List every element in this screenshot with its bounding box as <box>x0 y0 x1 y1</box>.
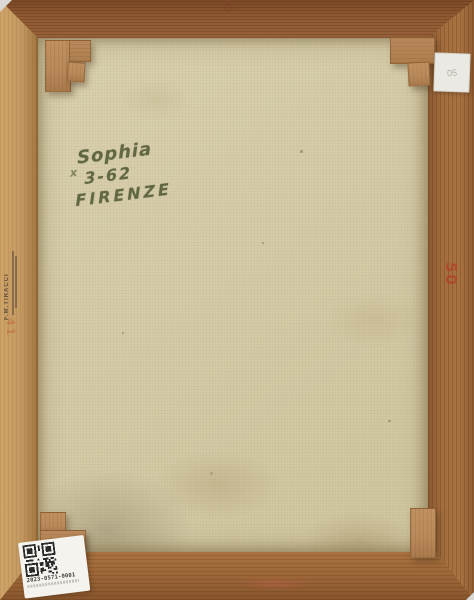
photo-canvas-verso: x Sophia 3-62 FIRENZE F.M.TIRACCI 50 41 … <box>0 0 474 600</box>
side-label: 05 <box>433 52 470 92</box>
maker-stamp-line <box>12 251 14 315</box>
canvas-speck <box>262 242 264 244</box>
maker-stamp-line <box>15 256 17 308</box>
paint-smudge <box>238 576 312 591</box>
stretcher-key-top-left <box>69 40 91 62</box>
side-label-text: 05 <box>447 67 458 78</box>
canvas-speck <box>210 472 213 475</box>
backdrop-corner <box>0 0 12 12</box>
stretcher-corner-block-bottom-right <box>410 508 436 558</box>
canvas-speck <box>122 332 124 334</box>
red-stencil-number-right: 50 <box>442 262 460 287</box>
backdrop-corner <box>466 592 474 600</box>
stretcher-corner-block-top-right <box>390 37 435 64</box>
maker-stamp: F.M.TIRACCI <box>3 246 19 320</box>
inscription-check-mark: x <box>70 166 78 180</box>
canvas-speck <box>300 150 303 153</box>
faint-top-mark: 0· <box>224 0 242 15</box>
maker-stamp-text: F.M.TIRACCI <box>4 246 10 320</box>
inventory-qr-label: 2023-0571-0001 <box>18 535 90 599</box>
qr-code-icon <box>22 542 58 578</box>
canvas-back <box>38 38 428 552</box>
stretcher-wedge-top-left <box>66 61 85 82</box>
red-stencil-number-left: 41 <box>4 318 17 337</box>
stretcher-wedge-top-right <box>407 61 430 86</box>
handwritten-inscription: x Sophia 3-62 FIRENZE <box>77 136 173 209</box>
canvas-speck <box>388 420 391 422</box>
